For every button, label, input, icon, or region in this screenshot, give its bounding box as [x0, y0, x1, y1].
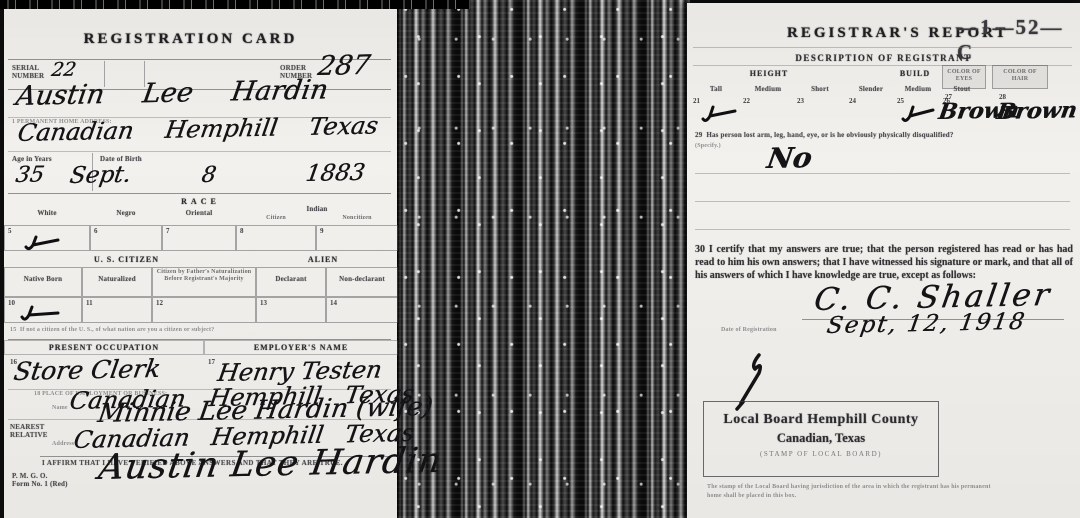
- check-mark-icon: [18, 295, 62, 325]
- question-29-answer: No: [765, 144, 814, 173]
- citizen-box-13: 13: [260, 299, 267, 307]
- local-board-line1: Local Board Hemphill County: [704, 412, 938, 428]
- height-col-medium: Medium: [741, 85, 795, 93]
- serial-number-value: 22: [50, 60, 77, 80]
- relative-address-sublabel: Address: [52, 441, 74, 448]
- description-of-registrant-header: DESCRIPTION OF REGISTRANT: [687, 53, 1080, 63]
- citizen-box-11: 11: [86, 299, 93, 307]
- stamp-instructions: The stamp of the Local Board having juri…: [707, 483, 997, 501]
- race-col-indian-citizen: Citizen: [236, 215, 316, 222]
- dob-day-value: 8: [200, 165, 217, 187]
- citizen-col-father-naturalization: Citizen by Father's Naturalization Befor…: [154, 269, 254, 283]
- citizen-box-14: 14: [330, 299, 337, 307]
- registration-card-title: REGISTRATION CARD: [4, 31, 377, 48]
- race-box-6: 6: [94, 227, 98, 235]
- local-board-line2: Canadian, Texas: [704, 431, 938, 446]
- race-col-white: White: [4, 209, 90, 217]
- registration-card: REGISTRATION CARD SERIALNUMBER 22 ORDERN…: [4, 9, 397, 518]
- question-29-specify: (Specify.): [695, 143, 721, 150]
- citizen-col-declarant: Declarant: [256, 275, 326, 283]
- check-mark-icon: [699, 95, 739, 125]
- race-box-9: 9: [320, 227, 324, 235]
- citizen-col-non-declarant: Non-declarant: [326, 275, 398, 283]
- race-col-negro: Negro: [90, 209, 162, 217]
- us-citizen-header: U. S. CITIZEN: [4, 255, 249, 264]
- certify-paragraph: 30 I certify that my answers are true; t…: [695, 243, 1073, 283]
- height-col-tall: Tall: [691, 85, 741, 93]
- color-of-hair-label: COLOR OF HAIR: [995, 69, 1045, 83]
- date-of-registration-label: Date of Registration: [721, 327, 777, 334]
- registrant-signature: Austin Lee Hardin: [96, 444, 444, 486]
- date-of-registration-value: Sept, 12, 1918: [825, 311, 1028, 338]
- build-col-stout: Stout: [941, 85, 983, 93]
- build-box-24: 24: [849, 97, 856, 105]
- nearest-relative-label: NEARESTRELATIVE: [10, 423, 48, 439]
- microfilm-scan: REGISTRATION CARD SERIALNUMBER 22 ORDERN…: [0, 0, 1080, 518]
- registrars-report-card: REGISTRAR'S REPORT —1—52—C DESCRIPTION O…: [687, 3, 1080, 518]
- film-edge-band: [0, 0, 470, 9]
- race-col-oriental: Oriental: [162, 209, 236, 217]
- form-id: P. M. G. O.Form No. 1 (Red): [12, 472, 68, 488]
- height-box-23: 23: [797, 97, 804, 105]
- relative-name-sublabel: Name: [52, 405, 68, 412]
- race-box-8: 8: [240, 227, 244, 235]
- check-mark-icon: [899, 95, 939, 125]
- alien-header: ALIEN: [249, 255, 397, 264]
- registrant-name: Austin Lee Hardin: [14, 77, 330, 110]
- hair-color-value: Brown: [995, 99, 1078, 123]
- question-29: 29 Has person lost arm, leg, hand, eye, …: [695, 131, 1073, 139]
- present-occupation-header: PRESENT OCCUPATION: [4, 343, 204, 352]
- citizen-box-12: 12: [156, 299, 163, 307]
- age-value: 35: [14, 164, 46, 187]
- employers-name-header: EMPLOYER'S NAME: [204, 343, 398, 352]
- local-board-line3: (STAMP OF LOCAL BOARD): [704, 450, 938, 458]
- race-col-indian: Indian: [236, 205, 398, 213]
- citizen-col-native-born: Native Born: [4, 275, 82, 283]
- race-box-5: 5: [8, 227, 12, 235]
- build-col-slender: Slender: [847, 85, 895, 93]
- height-box-22: 22: [743, 97, 750, 105]
- race-box-7: 7: [166, 227, 170, 235]
- home-address-value: Canadian Hemphill Texas: [16, 113, 380, 145]
- serial-number-label: SERIALNUMBER: [12, 64, 44, 80]
- build-col-medium: Medium: [895, 85, 941, 93]
- check-mark-icon: [22, 223, 62, 253]
- citizen-col-naturalized: Naturalized: [82, 275, 152, 283]
- local-board-stamp: Local Board Hemphill County Canadian, Te…: [703, 401, 939, 477]
- race-col-indian-noncitizen: Noncitizen: [316, 215, 398, 222]
- dob-month-value: Sept.: [68, 164, 132, 188]
- height-header: HEIGHT: [691, 69, 847, 78]
- dob-year-value: 1883: [304, 162, 366, 186]
- citizen-box-10: 10: [8, 299, 15, 307]
- employer-number: 17: [208, 358, 215, 366]
- color-of-eyes-label: COLOR OF EYES: [944, 69, 984, 83]
- line15: 15 If not a citizen of the U. S., of wha…: [10, 327, 380, 334]
- occupation-value: Store Clerk: [12, 356, 162, 384]
- height-col-short: Short: [795, 85, 845, 93]
